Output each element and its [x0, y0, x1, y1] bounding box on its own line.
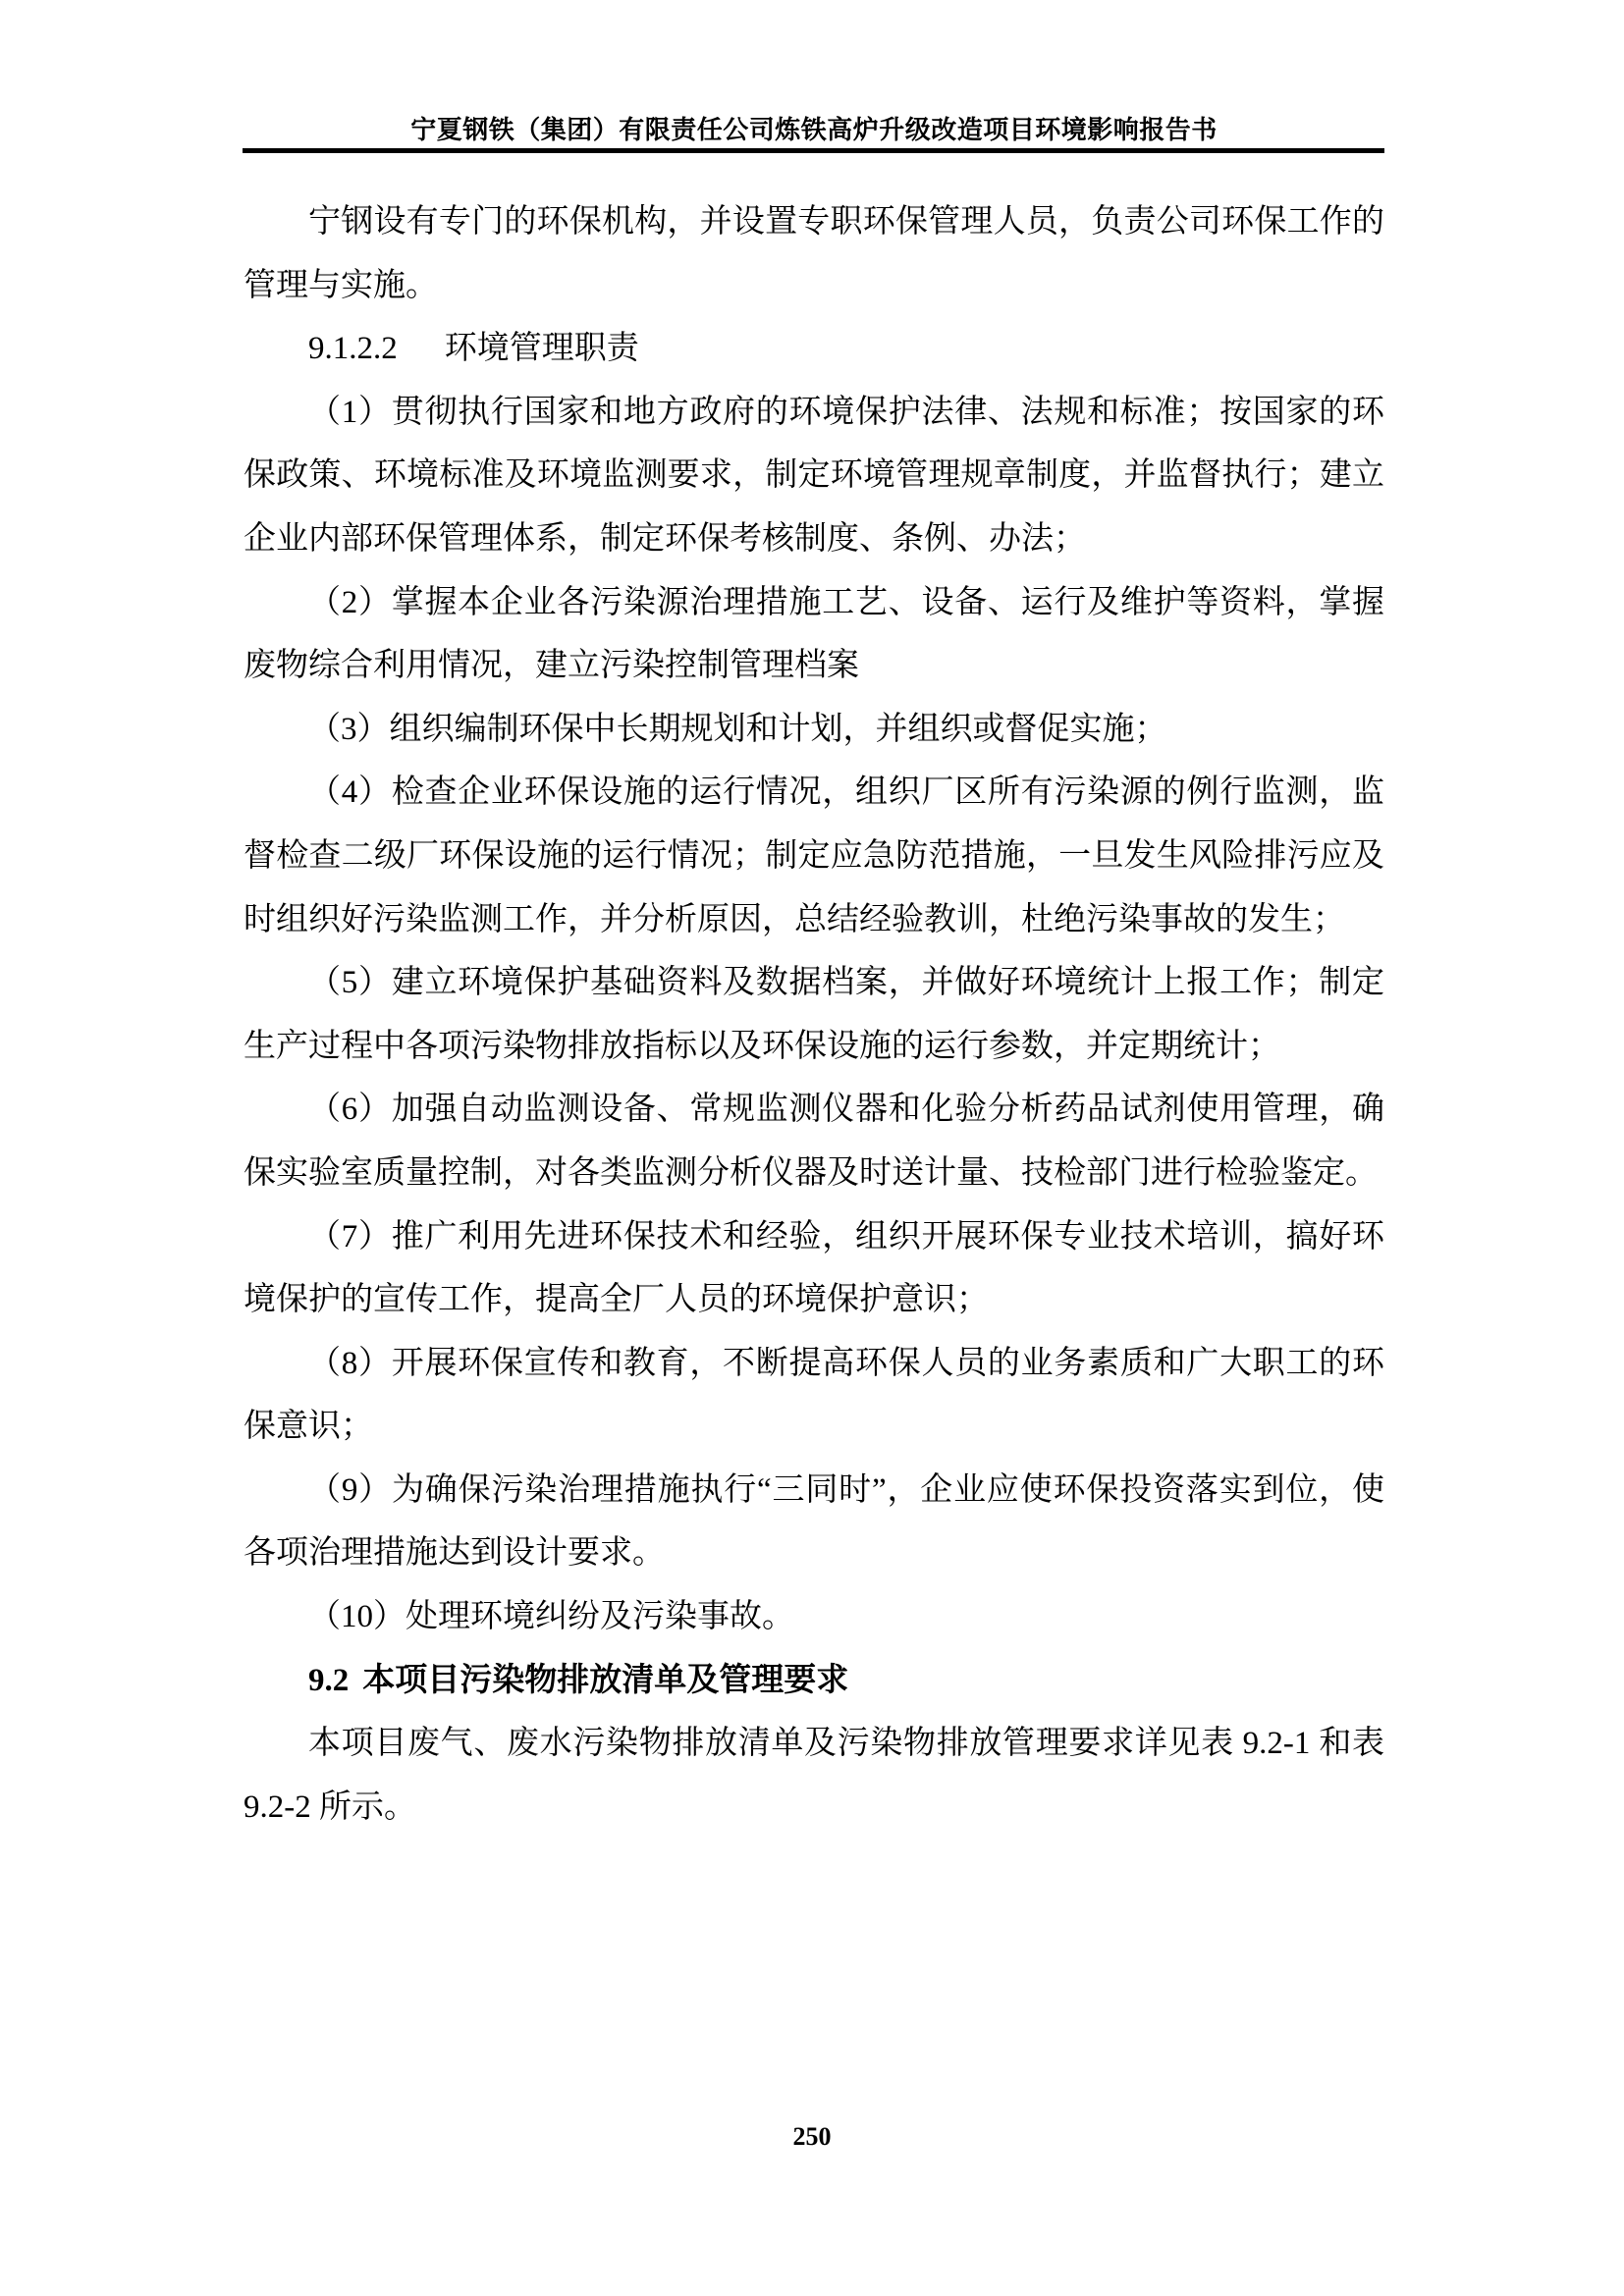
- section-number: 9.1.2.2: [308, 331, 398, 366]
- duty-item-5: （5）建立环境保护基础资料及数据档案，并做好环境统计上报工作；制定生产过程中各项…: [244, 951, 1384, 1078]
- section-heading-9-2: 9.2本项目污染物排放清单及管理要求: [244, 1649, 1384, 1713]
- document-body: 宁钢设有专门的环保机构，并设置专职环保管理人员，负责公司环保工作的管理与实施。 …: [244, 190, 1384, 1839]
- duty-item-3: （3）组织编制环保中长期规划和计划，并组织或督促实施；: [244, 698, 1384, 762]
- header-rule: [243, 148, 1384, 153]
- duty-item-6: （6）加强自动监测设备、常规监测仪器和化验分析药品试剂使用管理，确保实验室质量控…: [244, 1078, 1384, 1204]
- page-number: 250: [0, 2122, 1624, 2152]
- section-heading-9-1-2-2: 9.1.2.2环境管理职责: [244, 317, 1384, 381]
- section-title: 环境管理职责: [445, 331, 639, 366]
- section-number: 9.2: [308, 1663, 349, 1698]
- duty-item-9: （9）为确保污染治理措施执行“三同时”，企业应使环保投资落实到位，使各项治理措施…: [244, 1459, 1384, 1585]
- duty-item-1: （1）贯彻执行国家和地方政府的环境保护法律、法规和标准；按国家的环保政策、环境标…: [244, 381, 1384, 571]
- page-header-title: 宁夏钢铁（集团）有限责任公司炼铁高炉升级改造项目环境影响报告书: [244, 110, 1384, 146]
- intro-paragraph: 宁钢设有专门的环保机构，并设置专职环保管理人员，负责公司环保工作的管理与实施。: [244, 190, 1384, 317]
- duty-item-8: （8）开展环保宣传和教育，不断提高环保人员的业务素质和广大职工的环保意识；: [244, 1332, 1384, 1459]
- duty-item-2: （2）掌握本企业各污染源治理措施工艺、设备、运行及维护等资料，掌握废物综合利用情…: [244, 571, 1384, 698]
- duty-item-4: （4）检查企业环保设施的运行情况，组织厂区所有污染源的例行监测，监督检查二级厂环…: [244, 761, 1384, 951]
- section-title: 本项目污染物排放清单及管理要求: [362, 1663, 848, 1698]
- duty-item-7: （7）推广利用先进环保技术和经验，组织开展环保专业技术培训，搞好环境保护的宣传工…: [244, 1205, 1384, 1332]
- section-9-2-paragraph: 本项目废气、废水污染物排放清单及污染物排放管理要求详见表 9.2-1 和表 9.…: [244, 1712, 1384, 1839]
- document-page: 宁夏钢铁（集团）有限责任公司炼铁高炉升级改造项目环境影响报告书 宁钢设有专门的环…: [0, 0, 1624, 2296]
- duty-item-10: （10）处理环境纠纷及污染事故。: [244, 1585, 1384, 1649]
